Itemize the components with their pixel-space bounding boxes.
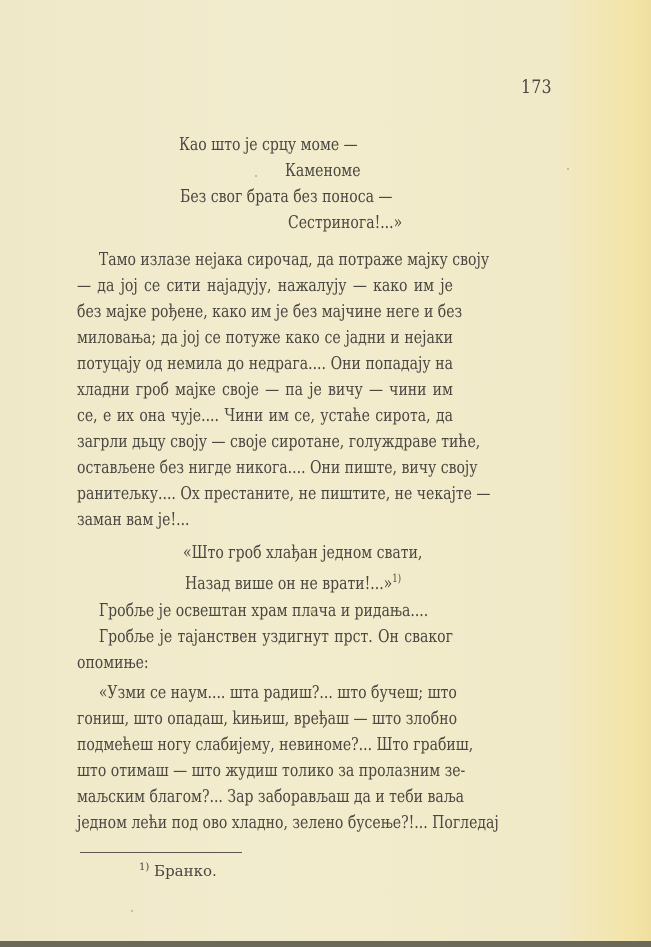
verse-line: Каменоме: [285, 158, 361, 184]
paper-speck: [567, 168, 569, 170]
text-line: без мајке рођене, како им је без мајчине…: [77, 299, 462, 325]
text-line: миловања; да јој се потуже како се јадни…: [77, 325, 453, 351]
paper-speck: [131, 910, 133, 912]
paper-speck: [310, 610, 316, 613]
text-line: гониш, што опадаш, kињиш, вређаш — што з…: [77, 706, 457, 732]
text-line: загрли дьцу своју — своје сиротане, голу…: [77, 429, 480, 455]
paragraph-1: Тамо излазе нејака сирочад, да потраже м…: [77, 247, 559, 533]
text-line: Гробље је освештан храм плача и ридања..…: [77, 598, 453, 624]
paragraph-4: «Узми се наум.... шта радиш?... што буче…: [77, 680, 559, 836]
text-line: заман вам је!...: [77, 507, 453, 533]
paragraph-3: Гробље је тајанствен уздигнут прст. Он с…: [77, 624, 559, 676]
scan-bottom-edge: [0, 941, 651, 947]
verse-line: Без свог брата без поноса —: [180, 184, 392, 210]
text-line: остављене без нигде никога.... Они пиште…: [77, 455, 478, 481]
footnote-mark: 1): [139, 862, 149, 873]
verse-line: «Што гроб хлађан једном свати,: [183, 540, 422, 566]
text-line: подмећеш ногу слабијему, невиноме?... Шт…: [77, 732, 473, 758]
text-line: хладни гроб мајке своје — па је вичу — ч…: [77, 377, 453, 403]
text-line: једном лећи под ово хладно, зелено бусењ…: [77, 810, 499, 836]
footnote-text: Бранко.: [154, 862, 217, 880]
verse-line: Као што је срцу моме —: [179, 132, 358, 158]
page-number: 173: [521, 76, 552, 98]
text-line: маљским благом?... Зар заборављаш да и т…: [77, 784, 464, 810]
text-line: потуцају од немила до недрага.... Они по…: [77, 351, 453, 377]
footnote-reference[interactable]: 1): [392, 572, 401, 585]
footnote-divider: [80, 852, 242, 853]
text-line: Гробље је тајанствен уздигнут прст. Он с…: [77, 624, 453, 650]
text-line: «Узми се наум.... шта радиш?... што буче…: [77, 680, 457, 706]
text-line: — да јој се сити најадују, нажалују — ка…: [77, 273, 453, 299]
paragraph-2: Гробље је освештан храм плача и ридања..…: [77, 598, 559, 624]
verse-line: Сестринога!...»: [288, 210, 402, 236]
verse-line: Назад више он не врати!...»1): [185, 566, 401, 597]
footnote: 1) Бранко.: [139, 862, 217, 880]
book-page: 173 Као што је срцу моме — Каменоме Без …: [0, 0, 651, 941]
text-line: Тамо излазе нејака сирочад, да потраже м…: [77, 247, 489, 273]
text-line: се, е их она чује.... Чини им се, устаће…: [77, 403, 453, 429]
paper-speck: [255, 175, 257, 177]
text-line: што отимаш — што жудиш толико за пролазн…: [77, 758, 465, 784]
text-line: опомиње:: [77, 650, 453, 676]
text-line: ранитељку.... Ох престаните, не пиштите,…: [77, 481, 490, 507]
